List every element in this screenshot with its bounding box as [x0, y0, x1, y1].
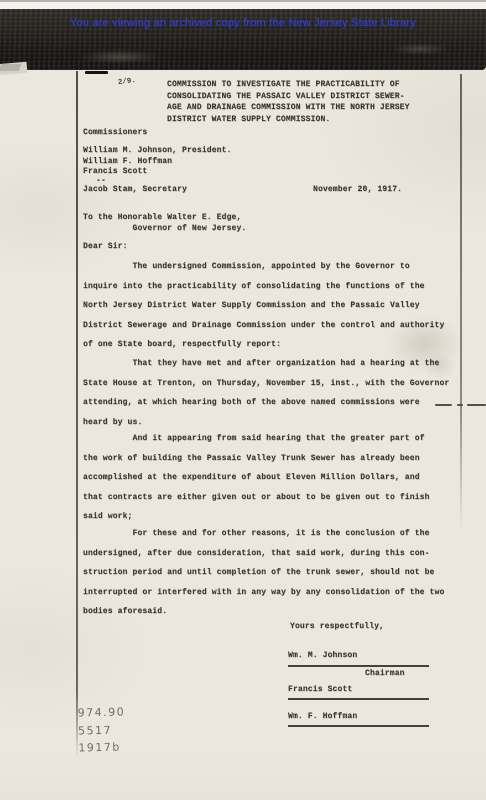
name-list-separator: --: [96, 176, 106, 185]
body-paragraph-1: The undersigned Commission, appointed by…: [83, 257, 455, 355]
body-paragraph-4: For these and for other reasons, it is t…: [83, 524, 455, 622]
signature-line-scott: Francis Scott: [288, 682, 429, 700]
signature-name: Francis Scott: [288, 685, 352, 694]
right-fold-line: [460, 74, 462, 530]
signature-title-chairman: Chairman: [365, 669, 405, 678]
body-paragraph-2: That they have met and after organizatio…: [83, 354, 455, 432]
commissioner-names: William M. Johnson, President. William F…: [83, 146, 232, 178]
letter-heading: COMMISSION TO INVESTIGATE THE PRACTICABI…: [167, 79, 417, 125]
scan-top-margin: [0, 0, 486, 9]
body-paragraph-3: And it appearing from said hearing that …: [83, 429, 455, 527]
handwritten-heading-note: 2/9.: [118, 77, 137, 87]
pencil-dash-mark: [457, 404, 463, 406]
closing-phrase: Yours respectfully,: [290, 622, 384, 631]
signature-line-johnson: Wm. M. Johnson: [288, 648, 429, 667]
secretary-name: Jacob Stam, Secretary: [83, 185, 187, 194]
recipient-address: To the Honorable Walter E. Edge, Governo…: [83, 212, 246, 234]
ink-dash-mark: [85, 71, 108, 74]
signature-name: Wm. F. Hoffman: [288, 712, 357, 721]
commissioners-label: Commissioners: [83, 128, 147, 137]
scanned-letter-page: You are viewing an archived copy from th…: [0, 0, 486, 800]
signature-name: Wm. M. Johnson: [288, 651, 357, 660]
signature-line-hoffman: Wm. F. Hoffman: [288, 709, 429, 727]
salutation: Dear Sir:: [83, 242, 128, 251]
handwritten-catalog-number: 974.90 5517 1917b: [77, 704, 126, 757]
letter-date: November 20, 1917.: [313, 185, 402, 194]
left-fold-line: [76, 71, 78, 759]
pencil-dash-mark: [435, 404, 452, 406]
archive-banner-text: You are viewing an archived copy from th…: [0, 17, 486, 29]
pencil-dash-mark: [467, 404, 486, 406]
band-edge-smudge: [0, 64, 21, 71]
